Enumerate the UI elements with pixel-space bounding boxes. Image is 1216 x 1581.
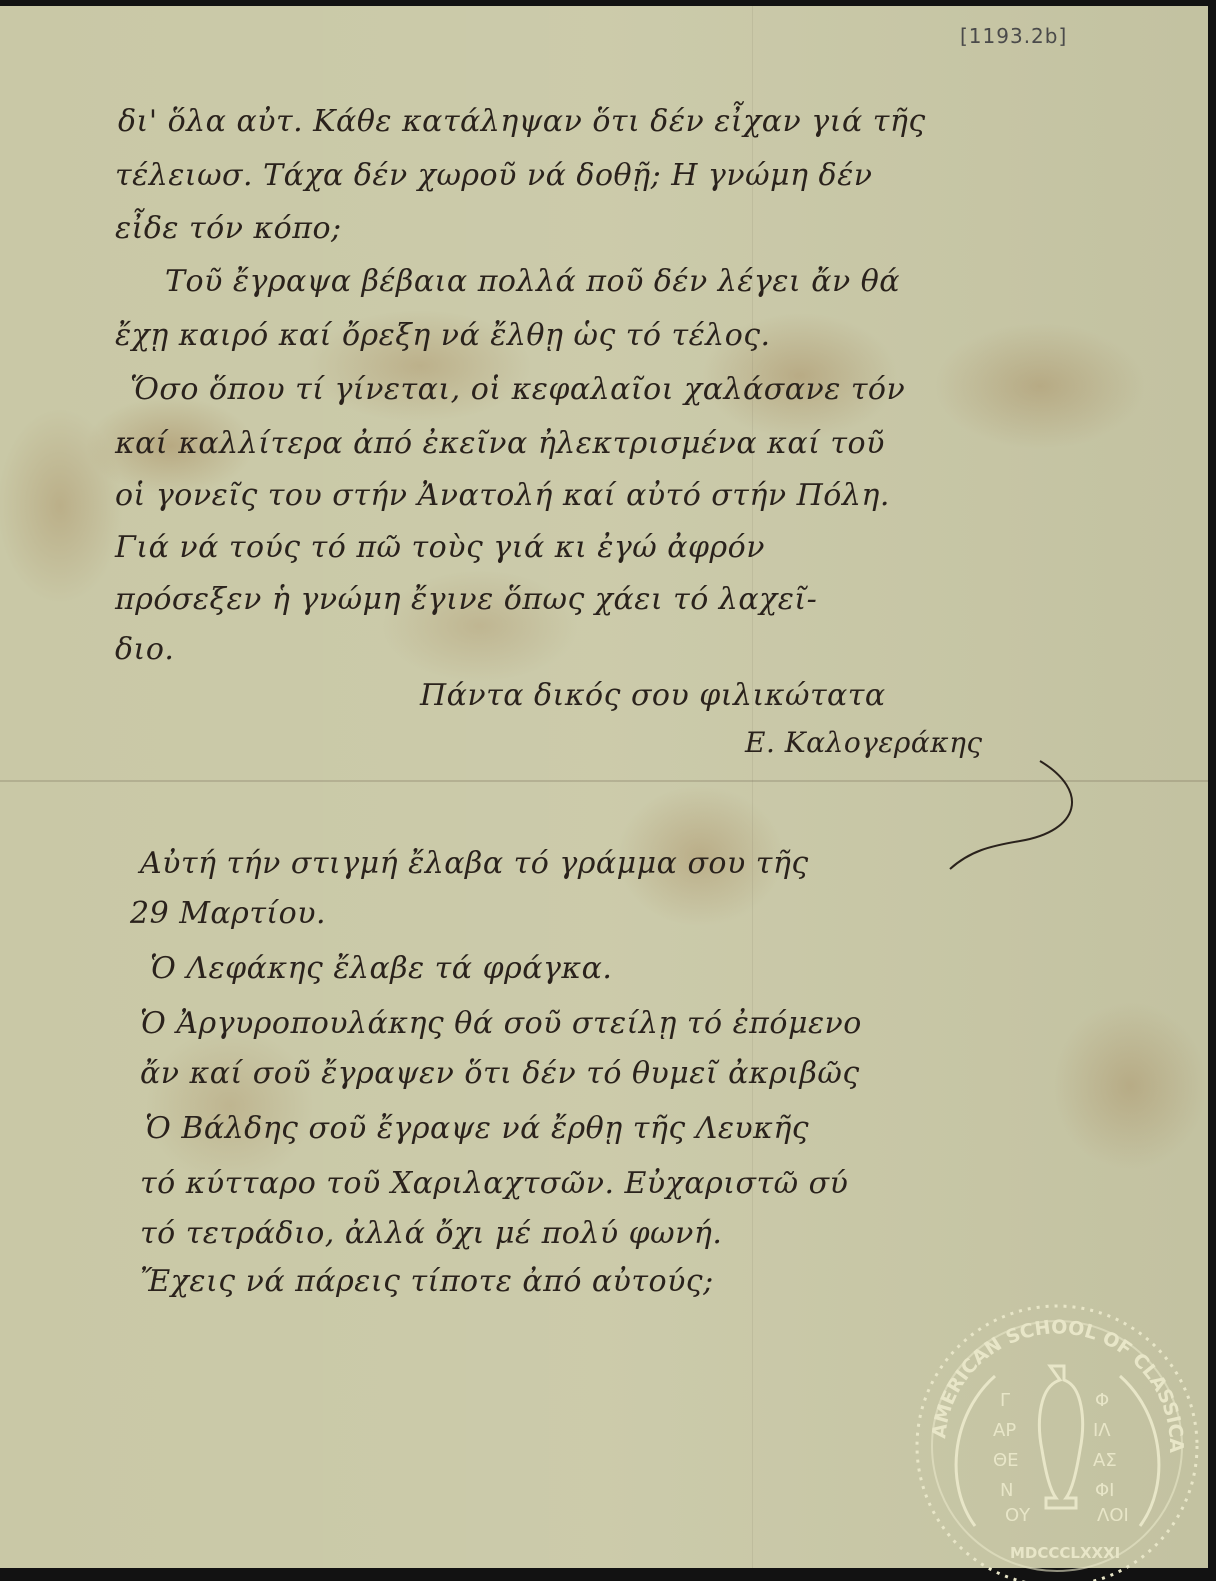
body-line: καί καλλίτερα ἀπό ἐκεῖνα ἠλεκτρισμένα κα… xyxy=(115,426,885,461)
svg-text:MDCCCLXXXI: MDCCCLXXXI xyxy=(1010,1544,1120,1562)
body-line: Γιά νά τούς τό πῶ τοὺς γιά κι ἐγώ ἀφρόν xyxy=(115,530,765,565)
institution-seal: AMERICAN SCHOOL OF CLASSICAL STUDIES AT … xyxy=(905,1296,1210,1579)
postscript-line: Αὐτή τήν στιγμή ἔλαβα τό γράμμα σου τῆς xyxy=(140,846,809,881)
svg-text:Ν: Ν xyxy=(1000,1480,1013,1501)
body-line: ἔχῃ καιρό καί ὄρεξη νά ἔλθῃ ὡς τό τέλος. xyxy=(115,318,771,353)
svg-text:ΦΙ: ΦΙ xyxy=(1095,1480,1114,1501)
svg-text:ΙΛ: ΙΛ xyxy=(1093,1420,1111,1441)
body-line: διο. xyxy=(115,632,174,667)
postscript-line: Ὁ Ἀργυροπουλάκης θά σοῦ στείλῃ τό ἐπόμεν… xyxy=(140,1006,862,1041)
closing: Πάντα δικός σου φιλικώτατα xyxy=(420,678,886,713)
postscript-line: τό κύτταρο τοῦ Χαριλαχτσῶν. Εὐχαριστῶ σύ xyxy=(140,1166,848,1201)
postscript-line: Ὁ Λεφάκης ἔλαβε τά φράγκα. xyxy=(150,951,612,986)
body-line: εἶδε τόν κόπο; xyxy=(115,211,342,246)
svg-text:AMERICAN SCHOOL OF CLASSICAL S: AMERICAN SCHOOL OF CLASSICAL STUDIES AT … xyxy=(905,1296,1187,1453)
svg-text:ΛΟΙ: ΛΟΙ xyxy=(1097,1505,1129,1526)
postscript-line: ἄν καί σοῦ ἔγραψεν ὅτι δέν τό θυμεῖ ἀκρι… xyxy=(140,1056,860,1091)
svg-text:ΘΕ: ΘΕ xyxy=(993,1450,1019,1471)
body-line: τέλειωσ. Τάχα δέν χωροῦ νά δοθῇ; Η γνώμη… xyxy=(115,158,872,193)
postscript-line: Ὁ Βάλδης σοῦ ἔγραψε νά ἔρθῃ τῆς Λευκῆς xyxy=(145,1111,809,1146)
paper-fold-vertical xyxy=(752,6,753,1568)
postscript-line: 29 Μαρτίου. xyxy=(130,896,326,931)
body-line: Ὅσο ὅπου τί γίνεται, οἱ κεφαλαῖοι χαλάσα… xyxy=(130,372,905,407)
svg-text:Φ: Φ xyxy=(1095,1390,1109,1411)
body-line: δι' ὅλα αὐτ. Κάθε κατάληψαν ὅτι δέν εἶχα… xyxy=(118,104,926,139)
postscript-line: Ἔχεις νά πάρεις τίποτε ἀπό αὐτούς; xyxy=(140,1264,714,1299)
archive-reference: [1193.2b] xyxy=(960,24,1067,48)
svg-text:ΑΣ: ΑΣ xyxy=(1093,1450,1117,1471)
body-line: Τοῦ ἔγραψα βέβαια πολλά ποῦ δέν λέγει ἄν… xyxy=(165,264,900,299)
svg-text:ΑΡ: ΑΡ xyxy=(993,1420,1016,1441)
body-line: πρόσεξεν ἡ γνώμη ἔγινε ὅπως χάει τό λαχε… xyxy=(115,582,817,617)
signature-flourish xyxy=(930,751,1090,871)
svg-text:Γ: Γ xyxy=(1000,1390,1010,1411)
body-line: οἱ γονεῖς του στήν Ἀνατολή καί αὐτό στήν… xyxy=(115,478,890,513)
postscript-line: τό τετράδιο, ἀλλά ὄχι μέ πολύ φωνή. xyxy=(140,1216,722,1251)
letter-page: [1193.2b] δι' ὅλα αὐτ. Κάθε κατάληψαν ὅτ… xyxy=(0,6,1208,1568)
svg-text:ΟΥ: ΟΥ xyxy=(1005,1505,1031,1526)
